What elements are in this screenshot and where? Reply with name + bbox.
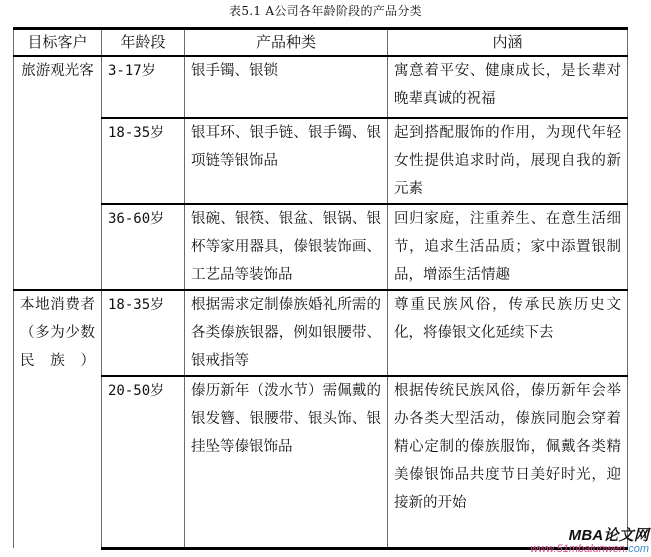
header-age-range: 年龄段 <box>102 29 185 57</box>
header-product-category: 产品种类 <box>185 29 388 57</box>
age-cell: 36-60岁 <box>102 204 185 290</box>
customer-group-local: 本地消费者（多为少数民族） <box>14 290 102 548</box>
age-cell: 18-35岁 <box>102 118 185 204</box>
meaning-cell: 起到搭配服饰的作用，为现代年轻女性提供追求时尚，展现自我的新元素 <box>388 118 628 204</box>
table-caption: 表5.1 A公司各年龄阶段的产品分类 <box>0 3 651 19</box>
watermark-url-main: www.51mbalunwen. <box>530 543 628 555</box>
meaning-cell: 尊重民族风俗，传承民族历史文化，将傣银文化延续下去 <box>388 290 628 376</box>
watermark-title: MBA论文网 <box>530 528 649 543</box>
site-watermark: MBA论文网 www.51mbalunwen.com <box>530 528 649 555</box>
table-row: 本地消费者（多为少数民族） 18-35岁 根据需求定制傣族婚礼所需的各类傣族银器… <box>14 290 628 376</box>
table-row: 36-60岁 银碗、银筷、银盆、银锅、银杯等家用器具，傣银装饰画、工艺品等装饰品… <box>14 204 628 290</box>
age-cell: 18-35岁 <box>102 290 185 376</box>
age-cell: 20-50岁 <box>102 376 185 548</box>
meaning-cell: 根据传统民族风俗，傣历新年会举办各类大型活动，傣族同胞会穿着精心定制的傣族服饰，… <box>388 376 628 548</box>
meaning-cell: 回归家庭，注重养生、在意生活细节，追求生活品质；家中添置银制品，增添生活情趣 <box>388 204 628 290</box>
meaning-cell: 寓意着平安、健康成长，是长辈对晚辈真诚的祝福 <box>388 56 628 118</box>
table-row: 18-35岁 银耳环、银手链、银手镯、银项链等银饰品 起到搭配服饰的作用，为现代… <box>14 118 628 204</box>
product-cell: 银碗、银筷、银盆、银锅、银杯等家用器具，傣银装饰画、工艺品等装饰品 <box>185 204 388 290</box>
product-cell: 银手镯、银锁 <box>185 56 388 118</box>
header-meaning: 内涵 <box>388 29 628 57</box>
header-target-customer: 目标客户 <box>14 29 102 57</box>
product-classification-table: 目标客户 年龄段 产品种类 内涵 旅游观光客 3-17岁 银手镯、银锁 寓意着平… <box>13 27 628 550</box>
table-row: 旅游观光客 3-17岁 银手镯、银锁 寓意着平安、健康成长，是长辈对晚辈真诚的祝… <box>14 56 628 118</box>
watermark-url-tld: com <box>628 543 649 555</box>
product-cell: 傣历新年（泼水节）需佩戴的银发簪、银腰带、银头饰、银挂坠等傣银饰品 <box>185 376 388 548</box>
customer-group-tourists: 旅游观光客 <box>14 56 102 290</box>
product-cell: 根据需求定制傣族婚礼所需的各类傣族银器，例如银腰带、银戒指等 <box>185 290 388 376</box>
table-header-row: 目标客户 年龄段 产品种类 内涵 <box>14 29 628 57</box>
product-cell: 银耳环、银手链、银手镯、银项链等银饰品 <box>185 118 388 204</box>
age-cell: 3-17岁 <box>102 56 185 118</box>
watermark-url: www.51mbalunwen.com <box>530 543 649 555</box>
table-row: 20-50岁 傣历新年（泼水节）需佩戴的银发簪、银腰带、银头饰、银挂坠等傣银饰品… <box>14 376 628 548</box>
